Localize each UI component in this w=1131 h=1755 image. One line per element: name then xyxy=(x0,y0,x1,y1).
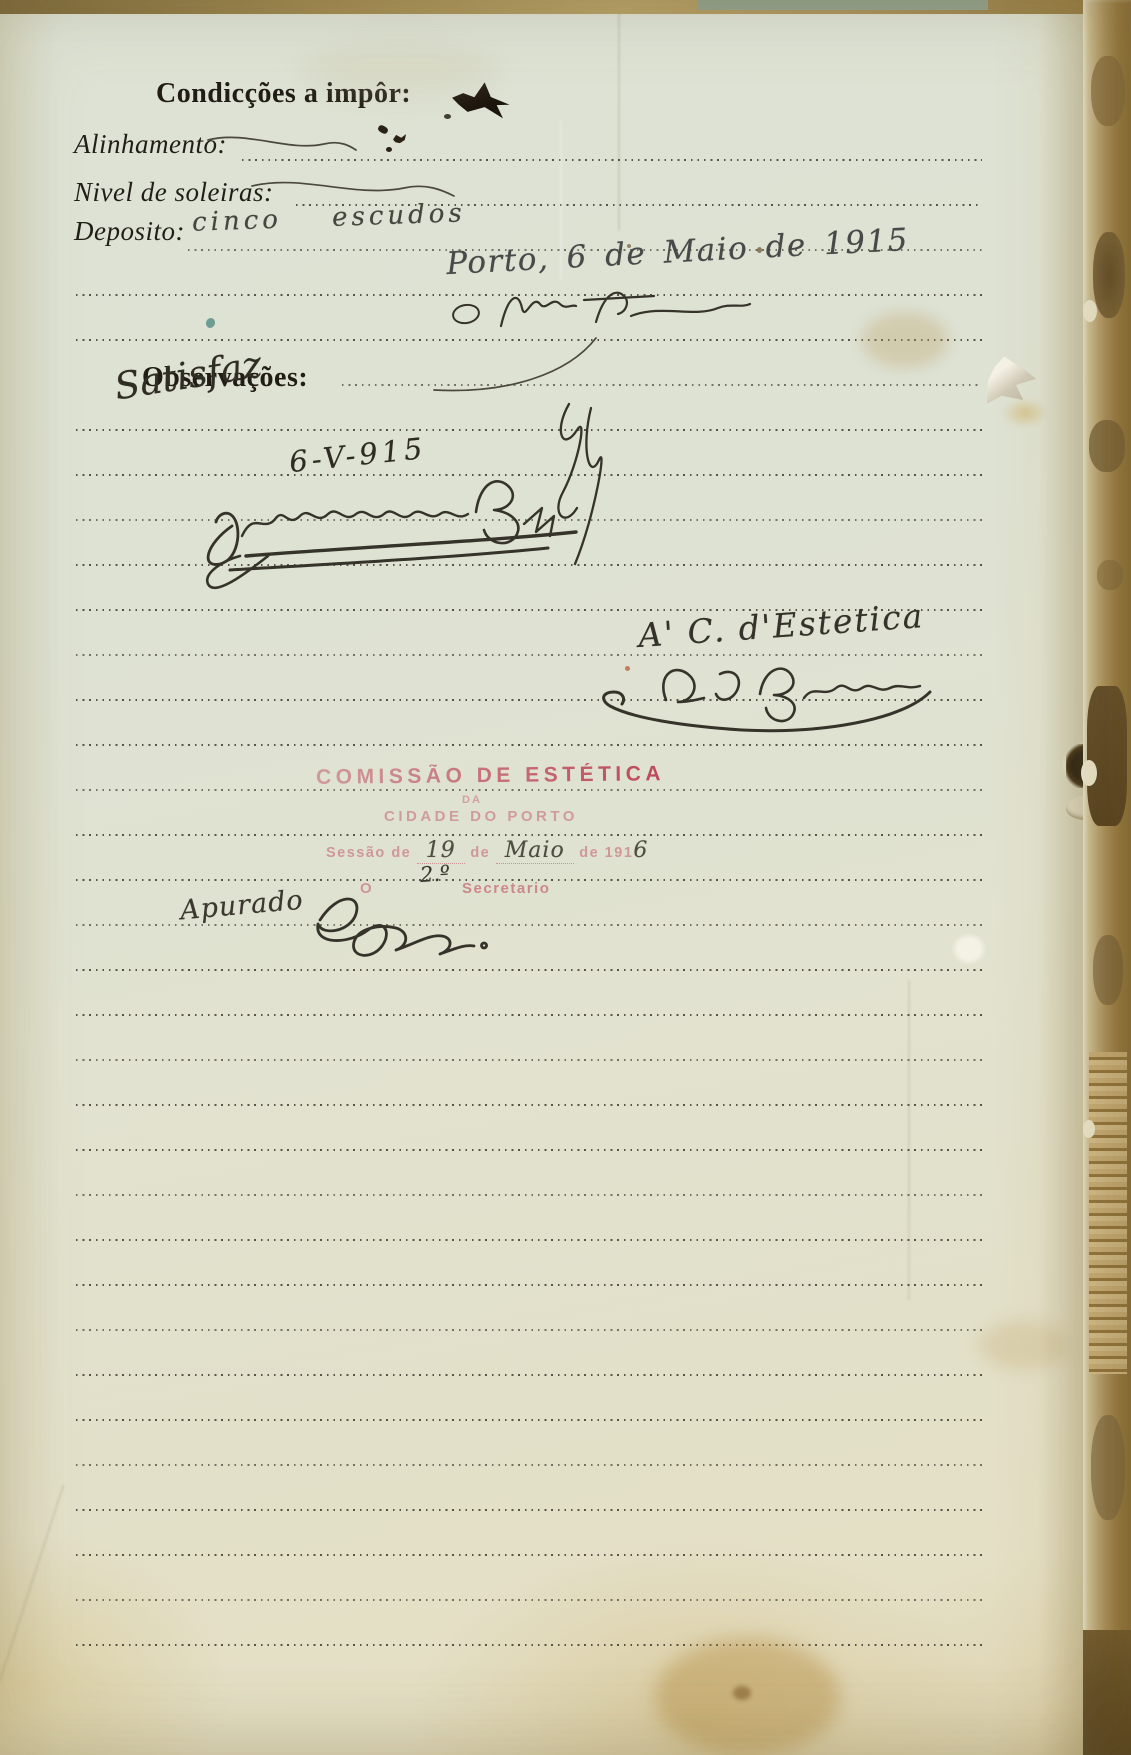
dotted-rule-line xyxy=(76,1464,982,1466)
paper-crease xyxy=(618,0,620,230)
alignment-flourish-stroke xyxy=(202,126,362,158)
binding-edge-right xyxy=(1083,0,1131,1755)
adjacent-page-corner xyxy=(698,0,988,10)
stamp-session-line: Sessão de 19 de Maio de 1916 xyxy=(326,838,648,863)
edge-tear-mark xyxy=(1091,56,1125,126)
dotted-rule-line xyxy=(242,159,982,161)
dotted-rule-line xyxy=(76,1059,982,1061)
dotted-rule-line xyxy=(76,1014,982,1016)
edge-paper-bit xyxy=(1081,760,1097,786)
stamp-committee-name: COMISSÃO DE ESTÉTICA xyxy=(316,762,665,790)
dotted-rule-line xyxy=(76,1374,982,1376)
dotted-rule-line xyxy=(76,789,982,791)
handwritten-session-day: 19 xyxy=(417,838,465,864)
stamp-session-suffix: de 191 xyxy=(579,845,633,861)
stamp-session-mid: de xyxy=(470,845,490,861)
sill-level-flourish-stroke xyxy=(246,170,461,204)
ink-blot xyxy=(450,78,512,122)
dotted-rule-line xyxy=(76,1239,982,1241)
handwritten-secretary-ordinal: 2.º xyxy=(419,861,451,887)
dotted-rule-line xyxy=(76,1644,982,1646)
edge-paper-bit xyxy=(1083,300,1097,322)
dotted-rule-line xyxy=(76,1149,982,1151)
ink-speck xyxy=(444,114,451,119)
signature-under-dateline xyxy=(446,278,756,340)
stacked-page-edges xyxy=(1089,1052,1127,1374)
paper-crease xyxy=(908,980,910,1300)
edge-dark-corner xyxy=(1083,1630,1131,1755)
edge-tear-mark xyxy=(1087,686,1127,826)
edge-tear-mark xyxy=(1093,232,1125,318)
dotted-rule-line xyxy=(76,1599,982,1601)
ink-speck xyxy=(377,124,389,135)
stamp-secretary-title: Secretario xyxy=(462,880,550,897)
signature-committee-member xyxy=(592,648,962,743)
sill-level-label: Nivel de soleiras: xyxy=(74,177,273,208)
paper-stain xyxy=(733,1686,751,1700)
brown-speck xyxy=(627,244,631,248)
dotted-rule-line xyxy=(76,834,982,836)
dotted-rule-line xyxy=(76,1509,982,1511)
stamp-secretary-o: O xyxy=(360,880,373,897)
dotted-rule-line xyxy=(76,924,982,926)
edge-tear-mark xyxy=(1091,1415,1125,1520)
dotted-rule-line xyxy=(76,1104,982,1106)
edge-paper-bit xyxy=(1083,1120,1095,1138)
edge-tear-mark xyxy=(1089,420,1125,472)
conditions-heading: Condicções a impôr: xyxy=(156,78,411,110)
dotted-rule-line xyxy=(76,1194,982,1196)
flourish-curve-right-of-satisfaz xyxy=(428,330,603,402)
page-edge-shadow xyxy=(1038,0,1083,1755)
paper-crease xyxy=(0,1485,64,1685)
handwritten-approval: Apurado xyxy=(179,885,305,927)
dotted-rule-line xyxy=(76,1329,982,1331)
dotted-rule-line xyxy=(76,744,982,746)
brown-speck xyxy=(757,247,762,253)
handwritten-committee-note: A' C. d'Estetica xyxy=(637,596,925,655)
handwritten-dateline: Porto, 6 de Maio de 1915 xyxy=(445,222,909,282)
stamp-session-prefix: Sessão de xyxy=(326,845,411,861)
teal-speck xyxy=(205,317,217,329)
handwritten-session-year-digit: 6 xyxy=(633,838,648,863)
dotted-rule-line xyxy=(76,969,982,971)
dotted-rule-line xyxy=(76,1554,982,1556)
dotted-rule-line xyxy=(76,1284,982,1286)
brown-speck xyxy=(625,666,630,671)
paper-abrasion-spot xyxy=(946,928,992,970)
ink-speck xyxy=(392,132,408,144)
dotted-rule-line xyxy=(76,1419,982,1421)
handwritten-session-month: Maio xyxy=(496,838,574,864)
signature-vertical-rubric xyxy=(505,396,620,571)
stamp-da: DA xyxy=(462,794,482,806)
ink-speck xyxy=(386,147,392,152)
deposit-label: Deposito: xyxy=(74,216,185,247)
edge-tear-mark xyxy=(1093,935,1123,1005)
handwritten-note-satisfaz: Satisfaz xyxy=(112,343,265,409)
scanned-document-page: Condicções a impôr: Alinhamento: Nivel d… xyxy=(0,0,1131,1755)
stamp-city: CIDADE DO PORTO xyxy=(384,808,578,825)
edge-tear-mark xyxy=(1097,560,1123,590)
